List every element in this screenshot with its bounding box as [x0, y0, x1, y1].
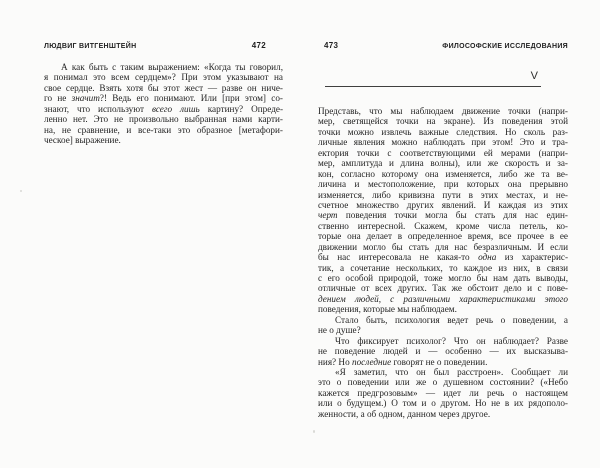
chapter-heading: V	[325, 68, 541, 87]
text-line: точки можно извлечь важные следствия. Но…	[318, 127, 568, 137]
scan-artifact	[20, 190, 22, 192]
text-line: или о будущем.) О том и о другом. Но не …	[318, 398, 568, 408]
scan-artifact	[313, 430, 315, 433]
right-running-header: 473 ФИЛОСОФСКИЕ ИССЛЕДОВАНИЯ	[318, 41, 568, 50]
text-line: мер, светящейся точки на экране). Из пов…	[318, 116, 568, 126]
text-line: Что фиксирует психолог? Что он наблюдает…	[318, 336, 568, 346]
paragraph: «Я заметил, что он был расстроен». Сообщ…	[318, 367, 568, 419]
text-line: с его особой природой, тоже могло бы нам…	[318, 273, 568, 283]
text-line: ния? Но последние говорят не о поведении…	[318, 357, 568, 367]
text-line: тик, а сочетание нескольких, то каждое и…	[318, 263, 568, 273]
text-line: ектория точки с соответствующими ей мера…	[318, 148, 568, 158]
text-line: Представь, что мы наблюдаем движение точ…	[318, 106, 568, 116]
paragraph: А как быть с таким выражением: «Когда ты…	[44, 62, 283, 146]
text-line: ственно интересной. Скажем, кроме числа …	[318, 221, 568, 231]
text-line: ленно нет. Это не произвольно выбранная …	[44, 114, 283, 124]
right-page-text: Представь, что мы наблюдаем движение точ…	[318, 106, 568, 419]
text-line: отличные от всех других. Так же обстоит …	[318, 283, 568, 293]
left-page-text: А как быть с таким выражением: «Когда ты…	[44, 62, 283, 146]
text-line: кон, согласно которому она изменяется, л…	[318, 169, 568, 179]
text-line: личные явления можно наблюдать при этом!…	[318, 137, 568, 147]
text-line: дением людей, с различными характеристик…	[318, 294, 568, 304]
left-running-header: ЛЮДВИГ ВИТГЕНШТЕЙН 472	[44, 41, 283, 50]
text-line: А как быть с таким выражением: «Когда ты…	[44, 62, 283, 72]
paragraph: Что фиксирует психолог? Что он наблюдает…	[318, 336, 568, 367]
text-line: торые она делает в определенное время, в…	[318, 231, 568, 241]
text-line: черт поведения точки могла бы стать для …	[318, 210, 568, 220]
text-line: не о душе?	[318, 325, 568, 335]
text-line: движении могло бы стать для нас безразли…	[318, 242, 568, 252]
text-line: я понимал это всем сердцем»? При этом ук…	[44, 72, 283, 82]
text-line: бы нас интересовала не какая-то одна из …	[318, 252, 568, 262]
right-page: 473 ФИЛОСОФСКИЕ ИССЛЕДОВАНИЯ V Представь…	[318, 0, 568, 468]
text-line: личина и местоположение, при которых она…	[318, 179, 568, 189]
paragraph: Стало быть, психология ведет речь о пове…	[318, 315, 568, 336]
text-line: Стало быть, психология ведет речь о пове…	[318, 315, 568, 325]
text-line: знают, что используют всего лишь картину…	[44, 104, 283, 114]
text-line: не поведение людей и — особенно — их выс…	[318, 346, 568, 356]
text-line: ческое] выражение.	[44, 135, 283, 145]
text-line: «Я заметил, что он был расстроен». Сообщ…	[318, 367, 568, 377]
right-page-number: 473	[324, 41, 338, 50]
left-page: ЛЮДВИГ ВИТГЕНШТЕЙН 472 А как быть с таки…	[44, 0, 283, 468]
chapter-number: V	[531, 68, 541, 85]
book-running-title: ФИЛОСОФСКИЕ ИССЛЕДОВАНИЯ	[442, 43, 568, 50]
text-line: мер, амплитуда и длина волны), или же ск…	[318, 158, 568, 168]
text-line: го не значит?! Ведь его понимают. Или [п…	[44, 93, 283, 103]
text-line: свое сердце. Взять хотя бы этот жест — р…	[44, 83, 283, 93]
text-line: счетное множество других явлений. И кажд…	[318, 200, 568, 210]
text-line: кажется предгрозовым» — идет ли речь о н…	[318, 388, 568, 398]
text-line: это о поведении или же о душевном состоя…	[318, 377, 568, 387]
text-line: женности, а об одном, данном через друго…	[318, 409, 568, 419]
text-line: изменяется, либо кривизна пути в этих ме…	[318, 190, 568, 200]
paragraph: Представь, что мы наблюдаем движение точ…	[318, 106, 568, 315]
left-page-number: 472	[252, 41, 266, 50]
author-running-title: ЛЮДВИГ ВИТГЕНШТЕЙН	[44, 43, 136, 50]
text-line: поведения, которые мы наблюдаем.	[318, 304, 568, 314]
text-line: на, не сравнение, и все-таки это образно…	[44, 125, 283, 135]
